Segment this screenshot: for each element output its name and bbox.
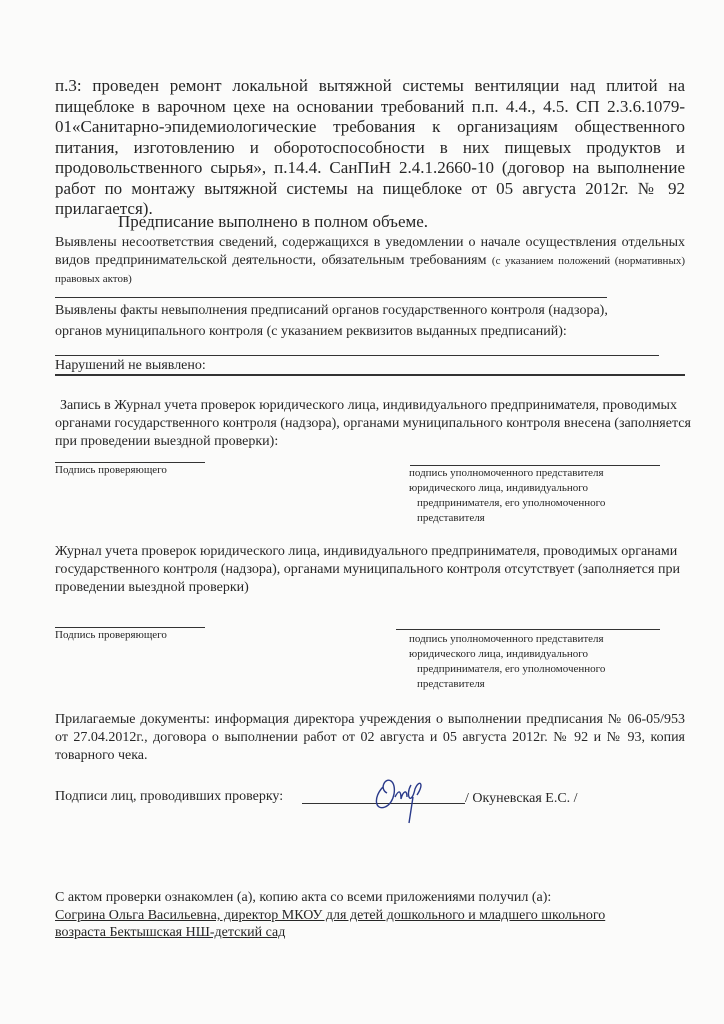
inspectors-signatures-label: Подписи лиц, проводивших проверку: xyxy=(55,788,283,806)
nonfulfillment-line2: органов муниципального контроля (с указа… xyxy=(55,323,567,341)
prescription-done: Предписание выполнено в полном объеме. xyxy=(118,212,428,232)
representative-signature-label: подпись уполномоченного представителя юр… xyxy=(409,466,605,526)
divider xyxy=(55,355,659,356)
inspector-signature-label: Подпись проверяющего xyxy=(55,629,167,641)
inconsistencies-text: Выявлены несоответствия сведений, содерж… xyxy=(55,234,685,288)
paragraph-p3: п.3: проведен ремонт локальной вытяжной … xyxy=(55,76,685,220)
recipient-line2: возраста Бектышская НШ-детский сад xyxy=(55,924,285,942)
inspector-name: / Окуневская Е.С. / xyxy=(465,790,578,808)
attached-documents: Прилагаемые документы: информация директ… xyxy=(55,711,685,765)
recipient-line1: Согрина Ольга Васильевна, директор МКОУ … xyxy=(55,907,605,925)
acknowledged-text: С актом проверки ознакомлен (а), копию а… xyxy=(55,889,551,907)
divider xyxy=(55,374,685,376)
journal-entry-text: Запись в Журнал учета проверок юридическ… xyxy=(55,397,695,451)
handwritten-signature-icon xyxy=(365,767,435,827)
nonfulfillment-line1: Выявлены факты невыполнения предписаний … xyxy=(55,302,608,320)
representative-signature-label: подпись уполномоченного представителя юр… xyxy=(409,632,605,692)
divider xyxy=(55,297,607,298)
inspector-signature-line xyxy=(55,627,205,628)
inspector-signature-line xyxy=(55,462,205,463)
no-violations: Нарушений не выявлено: xyxy=(55,357,206,375)
journal-absent-text: Журнал учета проверок юридического лица,… xyxy=(55,543,695,597)
representative-signature-line xyxy=(396,629,660,630)
inspector-signature-label: Подпись проверяющего xyxy=(55,464,167,476)
